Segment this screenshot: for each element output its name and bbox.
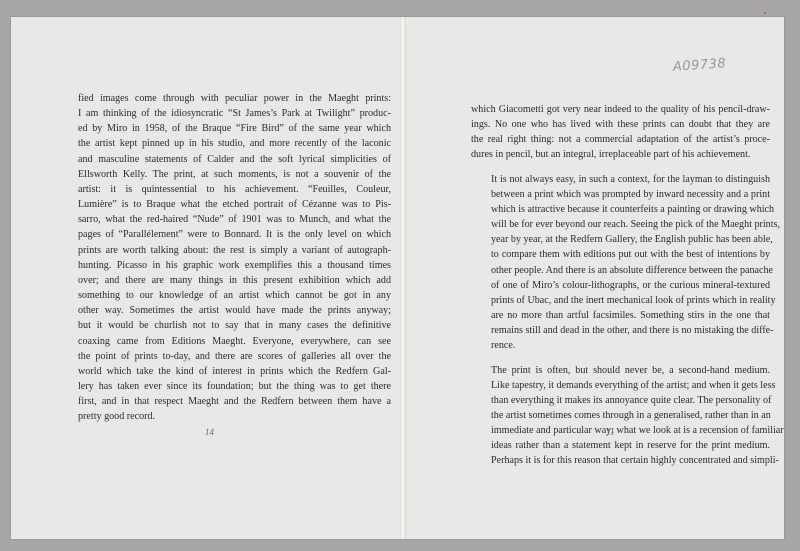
text-line: Like tapestry, it demands everything of … [471,378,770,393]
text-line: coaxing came from Editions Maeght. Every… [78,334,391,349]
paragraph: It is not always easy, in such a context… [471,172,770,354]
paragraph: fied images come through with peculiar p… [78,91,391,424]
text-line: pages of “Parallélement” were to Bonnard… [78,227,391,242]
text-line: first, and in that respect Maeght and th… [78,394,391,409]
text-line: dures in pencil, but an integral, irrepl… [471,147,770,162]
text-line: ings. No one who has lived with these pr… [471,117,770,132]
text-line: but it would be churlish not to say that… [78,318,391,333]
text-line: It is not always easy, in such a context… [471,172,770,187]
ink-speck [764,12,766,14]
text-line: the artist sometimes comes through in a … [471,408,770,423]
text-line: over; and there are many things in this … [78,273,391,288]
page-number: 14 [205,427,214,437]
text-line: fied images come through with peculiar p… [78,91,391,106]
text-line: immediate and particular way: what we lo… [471,423,770,438]
right-page-text: which Giacometti got very near indeed to… [471,102,770,478]
text-line: which is attractive because it counterfe… [471,202,770,217]
text-line: the real right thing: not a commercial a… [471,132,770,147]
text-line: world which take the kind of interest in… [78,364,391,379]
text-line: something to our knowledge of an artist … [78,288,391,303]
text-line: other people. And there is an absolute d… [471,263,770,278]
text-line: ed by Miro in 1958, of the Braque “Fire … [78,121,391,136]
text-line: and masculine statements of Calder and t… [78,152,391,167]
text-line: are no more than artful facsimiles. Some… [471,308,770,323]
handwritten-accession-number: A09738 [673,56,727,75]
text-line: prints of Ubac, and the inert mechanical… [471,293,770,308]
text-line: lery has taken ever since its foundation… [78,379,391,394]
text-line: of one of Miro’s colour-lithographs, or … [471,278,770,293]
text-line: hunting. Picasso in his graphic work exe… [78,258,391,273]
text-line: between a print which was prompted by in… [471,187,770,202]
book-spread: fied images come through with peculiar p… [11,17,784,539]
text-line: Lumière” is to Braque what the etched po… [78,197,391,212]
text-line: year by year, at the Redfern Gallery, th… [471,232,770,247]
text-line: The print is often, but should never be,… [471,363,770,378]
text-line: than everything it makes its annoyance q… [471,393,770,408]
text-line: sarro, what the red-haired “Nude” of 190… [78,212,391,227]
text-line: which Giacometti got very near indeed to… [471,102,770,117]
left-page-text: fied images come through with peculiar p… [78,91,391,433]
page-number: 11 [606,427,614,437]
text-line: remains still and dead in the other, and… [471,323,770,338]
text-line: Ellsworth Kelly. The print, at such mome… [78,167,391,182]
paragraph: The print is often, but should never be,… [471,363,770,469]
right-page: A09738 which Giacometti got very near in… [406,17,784,539]
paragraph: which Giacometti got very near indeed to… [471,102,770,163]
text-line: I am thinking of the idiosyncratic “St J… [78,106,391,121]
text-line: Perhaps it is for this reason that certa… [471,453,770,468]
text-line: prints are worth talking about: the rest… [78,243,391,258]
text-line: to compare them with editions put out wi… [471,247,770,262]
left-page: fied images come through with peculiar p… [11,17,400,539]
text-line: other way. Sometimes the artist would ha… [78,303,391,318]
text-line: artist: it is quintessential to his achi… [78,182,391,197]
text-line: ideas rather than a statement kept in re… [471,438,770,453]
text-line: the point of prints to-day, and there ar… [78,349,391,364]
text-line: rence. [471,338,770,353]
text-line: pretty good record. [78,409,391,424]
text-line: will be for ever beyond our reach. Seein… [471,217,770,232]
text-line: the artist kept pinned up in his studio,… [78,136,391,151]
